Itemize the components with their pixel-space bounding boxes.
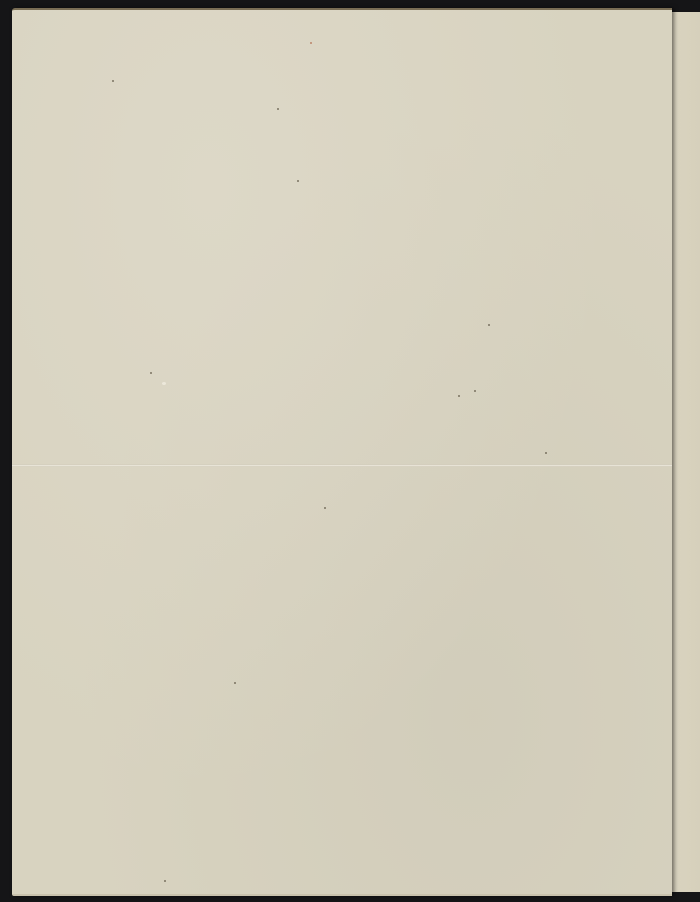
paper-speck <box>150 372 152 374</box>
paper-speck <box>545 452 547 454</box>
paper-speck <box>324 507 326 509</box>
paper-speck <box>234 682 236 684</box>
paper-speck <box>112 80 114 82</box>
paper-speck <box>164 880 166 882</box>
fold-crease <box>12 464 672 467</box>
paper-speck <box>488 324 490 326</box>
scan-background <box>0 0 700 902</box>
blank-page <box>12 8 672 896</box>
paper-speck <box>310 42 312 44</box>
paper-speck <box>474 390 476 392</box>
paper-speck <box>297 180 299 182</box>
paper-speck <box>277 108 279 110</box>
paper-speck <box>458 395 460 397</box>
paper-speck <box>162 382 166 385</box>
